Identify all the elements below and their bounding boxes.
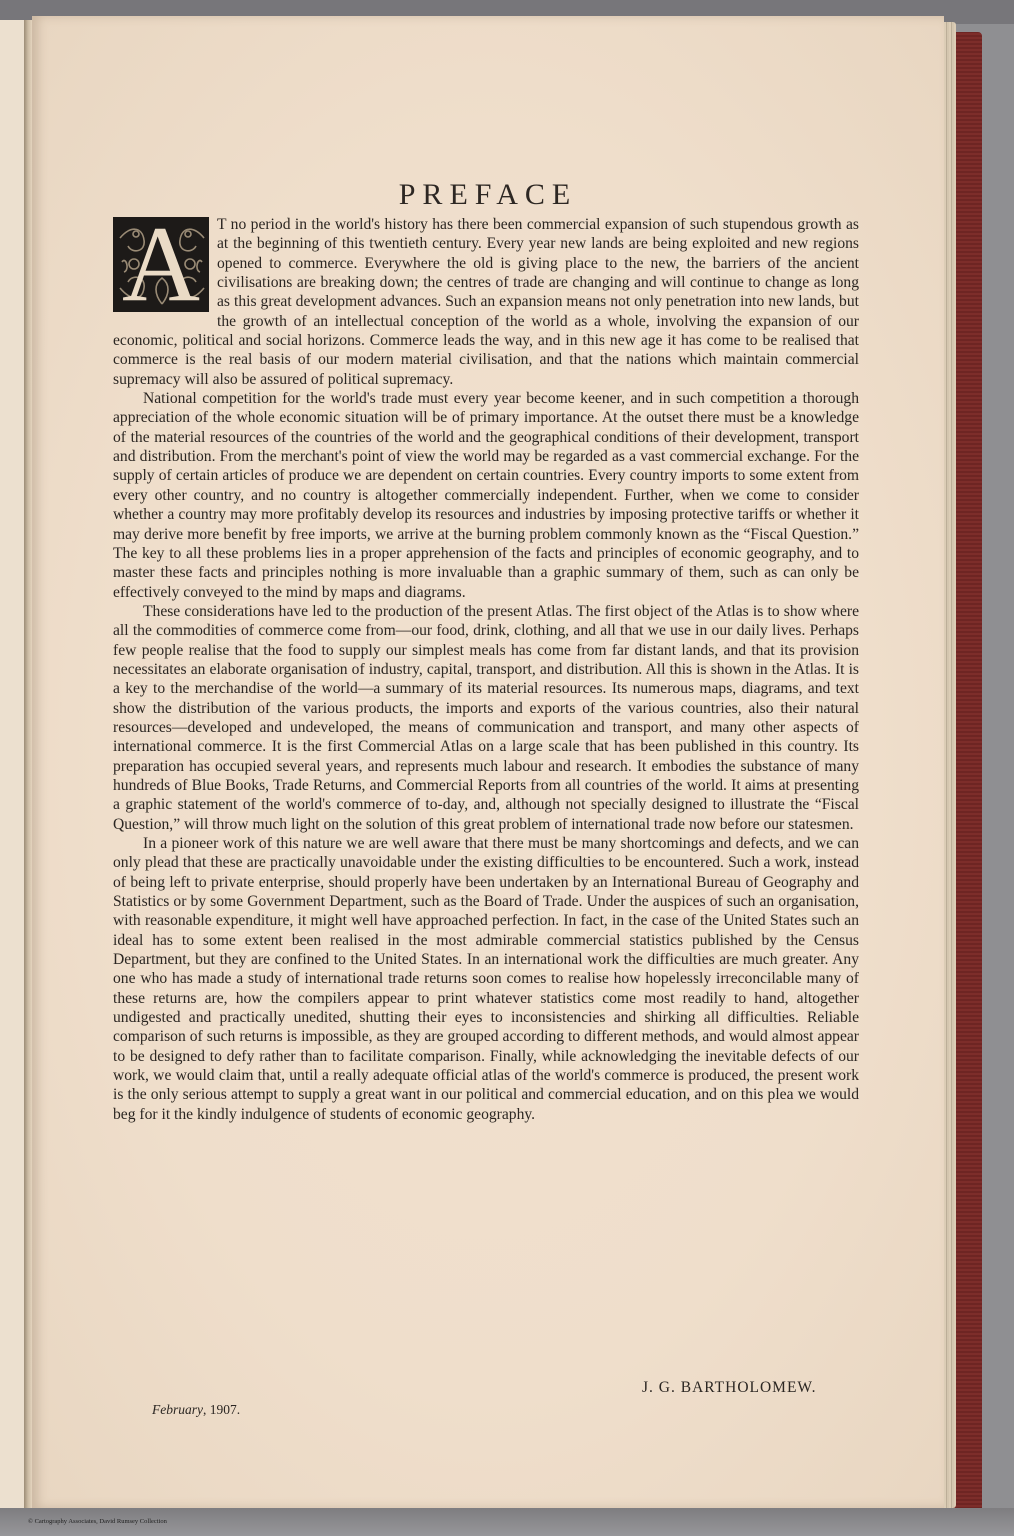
copyright-watermark: © Cartography Associates, David Rumsey C… — [28, 1518, 167, 1525]
ornamental-drop-cap-icon: A — [113, 217, 209, 312]
preface-date: February, 1907. — [152, 1402, 240, 1418]
drop-cap-letter: A — [114, 217, 208, 312]
preface-page: PREFACE — [32, 16, 944, 1508]
preface-body: A T no period in the world's history has… — [113, 215, 859, 1124]
paragraph-1: A T no period in the world's history has… — [113, 215, 859, 389]
date-month: February — [152, 1402, 203, 1417]
page-title: PREFACE — [32, 178, 944, 212]
paragraph-4: In a pioneer work of this nature we are … — [113, 834, 859, 1124]
paragraph-text: no period in the world's history has the… — [113, 216, 859, 388]
paragraph-3: These considerations have led to the pro… — [113, 602, 859, 834]
date-year: , 1907. — [203, 1402, 240, 1417]
book-cover-cloth — [952, 32, 982, 1515]
first-word-rest: T — [217, 216, 226, 233]
book-gutter — [24, 20, 32, 1508]
facing-page-edge — [0, 20, 27, 1508]
author-signature: J. G. BARTHOLOMEW. — [642, 1379, 817, 1397]
paragraph-2: National competition for the world's tra… — [113, 389, 859, 602]
